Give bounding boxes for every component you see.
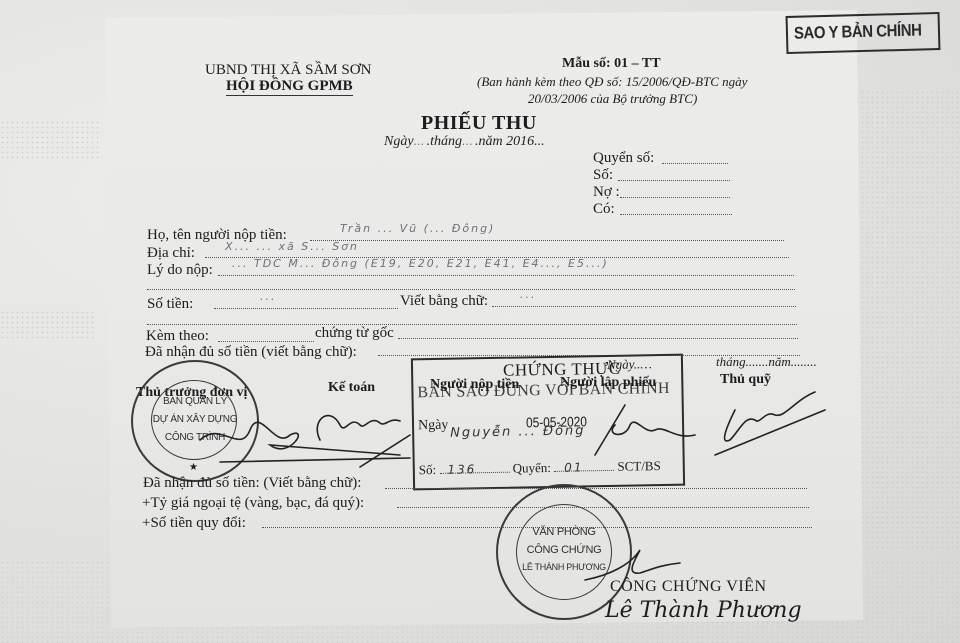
credit-line bbox=[620, 214, 732, 215]
payer-line bbox=[310, 240, 784, 241]
scan-noise bbox=[0, 310, 95, 340]
copy-stamp: SAO Y BẢN CHÍNH bbox=[786, 12, 941, 54]
cert-day: Ngày..… bbox=[607, 356, 652, 373]
received-label: Đã nhận đủ số tiền (viết bằng chữ): bbox=[145, 344, 357, 361]
document-date: Ngày….tháng….năm 2016... bbox=[384, 134, 545, 150]
reason-label: Lý do nộp: bbox=[147, 262, 213, 279]
date-month: … bbox=[462, 135, 475, 148]
copy-stamp-label: SAO Y BẢN CHÍNH bbox=[794, 20, 922, 43]
cert-book-label: Quyển: bbox=[513, 460, 552, 476]
payer-value: Trần ... Vũ (... Đông) bbox=[340, 222, 495, 235]
attached-label: Kèm theo: bbox=[146, 328, 209, 345]
amount-label: Số tiền: bbox=[147, 296, 193, 313]
certification-title: CHỨNG THỰC bbox=[503, 359, 621, 381]
received-words-line bbox=[385, 488, 807, 489]
converted-amount-label: +Số tiền quy đổi: bbox=[142, 515, 246, 532]
cert-day-value: … bbox=[640, 356, 652, 371]
book-number-label: Quyển số: bbox=[593, 150, 654, 167]
cert-day-label: Ngày bbox=[607, 356, 634, 371]
cert-number-label: Số: bbox=[419, 462, 437, 477]
credit-label: Có: bbox=[593, 201, 615, 218]
form-number: Mẫu số: 01 – TT bbox=[562, 56, 661, 72]
receipt-number-label: Số: bbox=[593, 167, 613, 184]
notary-seal-line1: VĂN PHÒNG bbox=[498, 526, 630, 538]
signature-date: tháng.......năm........ bbox=[716, 354, 817, 370]
amount-line bbox=[214, 308, 398, 309]
original-docs-line bbox=[398, 338, 798, 339]
accountant-signature bbox=[300, 395, 420, 475]
debit-line bbox=[620, 197, 730, 198]
form-note-line1: (Ban hành kèm theo QĐ số: 15/2006/QĐ-BTC… bbox=[477, 74, 747, 90]
scan-noise bbox=[0, 120, 100, 160]
reason-line-2 bbox=[147, 289, 795, 290]
sig-month-label: tháng bbox=[716, 354, 746, 369]
cert-number-value: 136 bbox=[447, 462, 476, 477]
reason-value: ... TDC M... Đông (E19, E20, E21, E41, E… bbox=[232, 257, 609, 270]
accountant-heading: Kế toán bbox=[328, 380, 375, 396]
notary-name: Lê Thành Phương bbox=[605, 598, 802, 623]
receipt-number-line bbox=[618, 180, 730, 181]
date-day: … bbox=[414, 135, 427, 148]
cert-book-value: 01 bbox=[564, 460, 584, 474]
date-month-label: .tháng bbox=[427, 134, 462, 149]
notary-title: CÔNG CHỨNG VIÊN bbox=[610, 578, 767, 596]
received-words-label: Đã nhận đủ số tiền: (Viết bằng chữ): bbox=[143, 475, 361, 492]
document-title: PHIẾU THU bbox=[421, 112, 537, 135]
amount-words-label: Viết bằng chữ: bbox=[400, 293, 488, 310]
sig-year-label: năm bbox=[768, 354, 790, 369]
amount-words-line-2 bbox=[147, 324, 797, 325]
amount-value: ... bbox=[260, 290, 277, 303]
receipt-paper bbox=[105, 10, 863, 628]
cert-date-label: Ngày bbox=[418, 418, 449, 435]
form-note-line2: 20/03/2006 của Bộ trưởng BTC) bbox=[528, 91, 697, 107]
exchange-rate-label: +Tỷ giá ngoại tệ (vàng, bạc, đá quý): bbox=[142, 495, 364, 512]
book-number-line bbox=[662, 163, 728, 164]
scan-noise bbox=[860, 90, 960, 550]
reason-line bbox=[218, 275, 794, 276]
preparer-signature bbox=[585, 395, 705, 465]
date-prefix: Ngày bbox=[384, 134, 414, 149]
amount-words-line bbox=[492, 306, 796, 307]
attached-line bbox=[218, 341, 314, 342]
cashier-signature bbox=[705, 380, 835, 460]
date-year: .năm 2016... bbox=[475, 134, 545, 149]
address-label: Địa chỉ: bbox=[147, 245, 195, 262]
payer-signature-name: Nguyễn ... Đông bbox=[450, 423, 586, 440]
original-docs-label: chứng từ gốc bbox=[315, 325, 394, 342]
debit-label: Nợ : bbox=[593, 184, 620, 201]
amount-words-value: ... bbox=[520, 288, 537, 301]
address-value: X... ... xã S... Sơn bbox=[225, 240, 359, 253]
authority-name: UBND THỊ XÃ SẦM SƠN bbox=[205, 62, 371, 79]
council-name: HỘI ĐỒNG GPMB bbox=[226, 78, 353, 96]
